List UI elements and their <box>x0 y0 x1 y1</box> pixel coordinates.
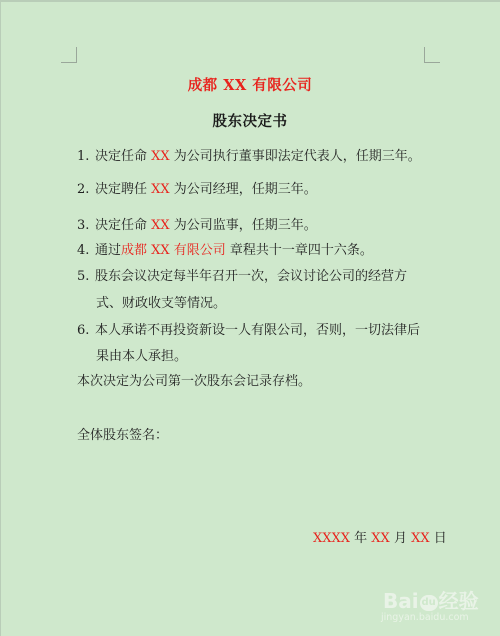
list-item-1: 1.决定任命 XX 为公司执行董事即法定代表人，任期三年。 <box>77 149 421 165</box>
item-text: 决定任命 <box>95 218 151 233</box>
year-placeholder: XXXX <box>313 531 350 546</box>
closing-statement: 本次决定为公司第一次股东会记录存档。 <box>77 374 311 390</box>
list-item-3: 3.决定任命 XX 为公司监事，任期三年。 <box>77 218 317 234</box>
placeholder-name: XX <box>151 218 170 233</box>
list-item-5: 5.股东会议决定每半年召开一次，会议讨论公司的经营方 <box>77 269 407 285</box>
page-left-edge <box>0 0 1 636</box>
margin-corner-mark-top-right <box>424 47 440 63</box>
item-text: 章程共十一章四十六条。 <box>226 243 373 258</box>
list-number: 5. <box>77 269 95 285</box>
item-text: 决定聘任 <box>95 182 151 197</box>
list-item-6: 6.本人承诺不再投资新设一人有限公司，否则，一切法律后 <box>77 323 420 339</box>
logo-text: Bai <box>383 589 419 613</box>
paw-icon: du <box>420 595 438 611</box>
list-item-2: 2.决定聘任 XX 为公司经理，任期三年。 <box>77 182 317 198</box>
list-number: 4. <box>77 243 95 259</box>
day-placeholder: XX <box>411 531 430 546</box>
document-title: 股东决定书 <box>0 114 500 130</box>
item-text: 为公司监事，任期三年。 <box>170 218 317 233</box>
list-item-5-continuation: 式、财政收支等情况。 <box>96 296 226 312</box>
list-number: 6. <box>77 323 95 339</box>
company-title: 成都 XX 有限公司 <box>0 78 500 94</box>
placeholder-name: XX <box>151 182 170 197</box>
watermark-url: jingyan.baidu.com <box>381 612 479 623</box>
list-number: 1. <box>77 149 95 165</box>
placeholder-company: 成都 XX 有限公司 <box>121 243 226 258</box>
year-unit: 年 <box>350 531 371 546</box>
list-item-4: 4.通过成都 XX 有限公司 章程共十一章四十六条。 <box>77 243 373 259</box>
list-number: 2. <box>77 182 95 198</box>
item-text: 为公司执行董事即法定代表人，任期三年。 <box>170 149 421 164</box>
baidu-jingyan-watermark: Baidu经验 jingyan.baidu.com <box>383 585 479 623</box>
logo-text: 经验 <box>439 589 479 613</box>
item-text: 本人承诺不再投资新设一人有限公司，否则，一切法律后 <box>95 323 420 338</box>
month-unit: 月 <box>390 531 411 546</box>
item-text: 决定任命 <box>95 149 151 164</box>
day-unit: 日 <box>430 531 447 546</box>
list-number: 3. <box>77 218 95 234</box>
margin-corner-mark-top-left <box>61 47 77 63</box>
item-text: 通过 <box>95 243 121 258</box>
item-text: 股东会议决定每半年召开一次，会议讨论公司的经营方 <box>95 269 407 284</box>
signature-label: 全体股东签名： <box>77 428 168 444</box>
month-placeholder: XX <box>371 531 390 546</box>
watermark-logo: Baidu经验 <box>383 585 479 614</box>
date-line: XXXX 年 XX 月 XX 日 <box>313 531 447 547</box>
page-top-edge <box>0 0 500 2</box>
item-text: 为公司经理，任期三年。 <box>170 182 317 197</box>
placeholder-name: XX <box>151 149 170 164</box>
list-item-6-continuation: 果由本人承担。 <box>96 349 187 365</box>
